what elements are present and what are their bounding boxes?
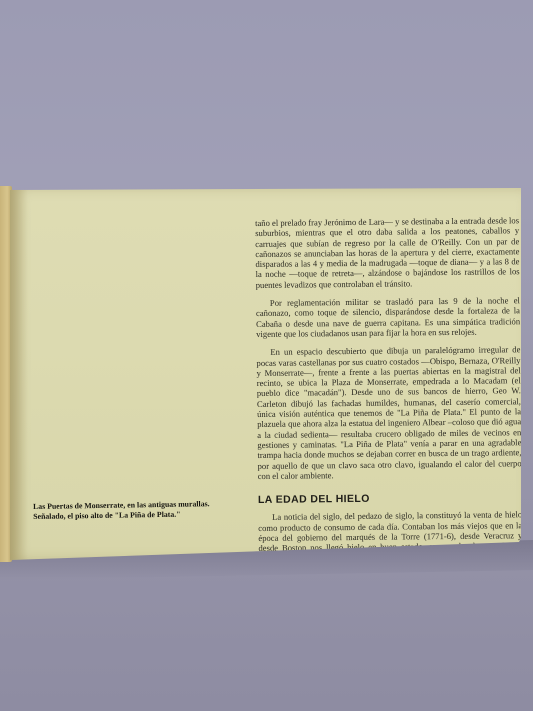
paragraph-plaza-monserrate: En un espacio descubierto que dibuja un … [256, 344, 521, 481]
caption-line-2: Señalado, el piso alto de "La Piña de Pl… [33, 509, 253, 522]
photo-scene: Las Puertas de Monserrate, en las antigu… [0, 0, 533, 711]
figure-caption: Las Puertas de Monserrate, en las antigu… [33, 499, 253, 522]
paragraph-canonazo: Por reglamentación militar se trasladó p… [256, 295, 520, 339]
text-column: taño el prelado fray Jerónimo de Lara— y… [255, 215, 523, 592]
page-number: 9 [512, 571, 530, 581]
paragraph-continuation: taño el prelado fray Jerónimo de Lara— y… [255, 215, 520, 290]
book-page: Las Puertas de Monserrate, en las antigu… [10, 188, 521, 560]
section-heading: LA EDAD DEL HIELO [258, 492, 522, 505]
